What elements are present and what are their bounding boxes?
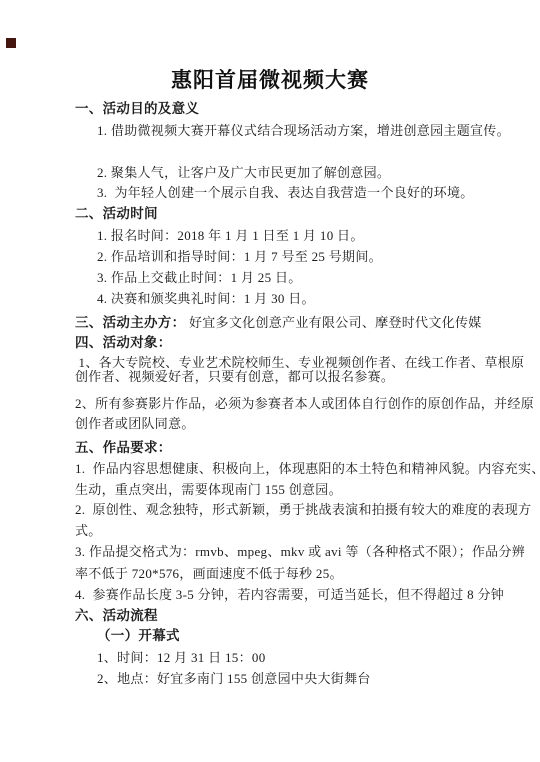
section-2-item: 4. 决赛和颁奖典礼时间：1 月 30 日。 [97,291,315,307]
section-5-heading: 五、作品要求： [75,440,172,456]
section-6-item: 1、时间：12 月 31 日 15：00 [97,650,266,666]
section-1-item: 1. 借助微视频大赛开幕仪式结合现场活动方案，增进创意园主题宣传。 [97,123,510,139]
section-3-heading: 三、活动主办方： 好宜多文化创意产业有限公司、摩登时代文化传媒 [75,315,482,331]
section-3-heading-label: 三、活动主办方： [75,315,185,330]
section-6-heading: 六、活动流程 [75,608,158,624]
section-5-line: 4. 参赛作品长度 3-5 分钟，若内容需要，可适当延长，但不得超过 8 分钟 [75,587,504,603]
document-page: 惠阳首届微视频大赛 一、活动目的及意义 1. 借助微视频大赛开幕仪式结合现场活动… [0,0,540,762]
section-5-line: 3. 作品提交格式为：rmvb、mpeg、mkv 或 avi 等（各种格式不限）… [75,544,525,560]
section-6-item: 2、地点：好宜多南门 155 创意园中央大街舞台 [97,671,371,687]
section-5-line: 式。 [75,523,102,539]
doc-title: 惠阳首届微视频大赛 [0,64,540,94]
section-1-item: 3. 为年轻人创建一个展示自我、表达自我营造一个良好的环境。 [97,185,474,201]
section-2-item: 2. 作品培训和指导时间：1 月 7 号至 25 号期间。 [97,249,382,265]
section-5-line: 生动，重点突出，需要体现南门 155 创意园。 [75,482,342,498]
section-1-item: 2. 聚集人气，让客户及广大市民更加了解创意园。 [97,165,390,181]
section-2-item: 1. 报名时间：2018 年 1 月 1 日至 1 月 10 日。 [97,228,364,244]
section-4-line: 2、所有参赛影片作品，必须为参赛者本人或团体自行创作的原创作品，并经原 [75,396,534,412]
section-2-heading: 二、活动时间 [75,206,158,222]
section-4-heading: 四、活动对象： [75,335,172,351]
section-4-line: 创作者、视频爱好者，只要有创意，都可以报名参赛。 [75,369,394,385]
section-4-line: 创作者或团队同意。 [75,416,195,432]
scan-artifact-mark [6,38,16,48]
section-1-heading: 一、活动目的及意义 [75,101,199,117]
section-2-item: 3. 作品上交截止时间：1 月 25 日。 [97,270,302,286]
section-6-subheading: （一）开幕式 [97,628,180,644]
section-3-organizers: 好宜多文化创意产业有限公司、摩登时代文化传媒 [185,315,481,330]
section-5-line: 2. 原创性、观念独特，形式新颖，勇于挑战表演和拍摄有较大的难度的表现方 [75,502,531,518]
section-5-line: 率不低于 720*576，画面速度不低于每秒 25。 [75,566,343,582]
section-5-line: 1. 作品内容思想健康、积极向上，体现惠阳的本土特色和精神风貌。内容充实、 [75,461,540,477]
